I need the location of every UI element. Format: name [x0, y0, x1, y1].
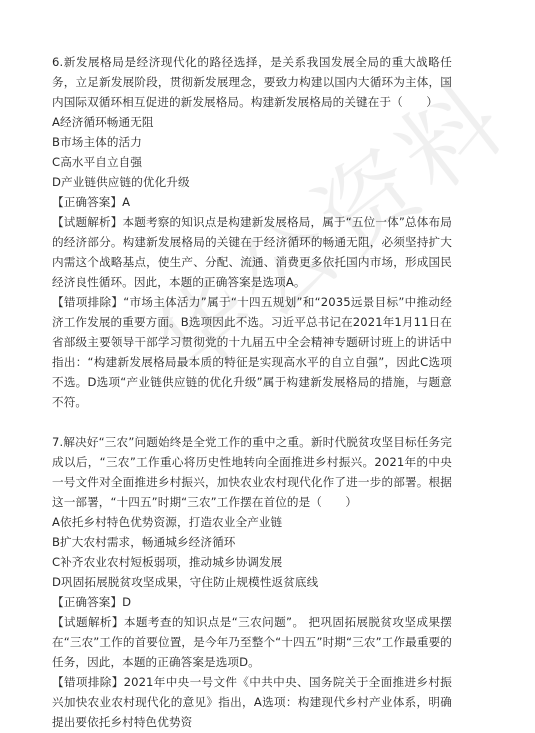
question-6: 6.新发展格局是经济现代化的路径选择，是关系我国发展全局的重大战略任务，立足新发… [52, 52, 452, 412]
analysis: 【试题解析】本题考察的知识点是构建新发展格局，属于“五位一体”总体布局的经济部分… [52, 212, 452, 292]
question-spacer [52, 412, 452, 432]
question-stem: 7.解决好“三农”问题始终是全党工作的重中之重。新时代脱贫攻坚目标任务完成以后，… [52, 432, 452, 512]
option-b: B市场主体的活力 [52, 132, 452, 152]
question-stem: 6.新发展格局是经济现代化的路径选择，是关系我国发展全局的重大战略任务，立足新发… [52, 52, 452, 112]
document-page: 6.新发展格局是经济现代化的路径选择，是关系我国发展全局的重大战略任务，立足新发… [52, 52, 452, 732]
elimination: 【错项排除】“市场主体活力”属于“十四五规划”和“2035远景目标”中推动经济工… [52, 292, 452, 412]
option-c: C高水平自立自强 [52, 152, 452, 172]
analysis: 【试题解析】本题考查的知识点是“三农问题”。 把巩固拓展脱贫攻坚成果摆在“三农”… [52, 612, 452, 672]
option-d: D产业链供应链的优化升级 [52, 172, 452, 192]
elimination: 【错项排除】2021年中央一号文件《中共中央、国务院关于全面推进乡村振兴加快农业… [52, 672, 452, 732]
option-d: D巩固拓展脱贫攻坚成果，守住防止规模性返贫底线 [52, 572, 452, 592]
correct-answer: 【正确答案】D [52, 592, 452, 612]
correct-answer: 【正确答案】A [52, 192, 452, 212]
option-b: B扩大农村需求，畅通城乡经济循环 [52, 532, 452, 552]
option-a: A经济循环畅通无阻 [52, 112, 452, 132]
option-a: A依托乡村特色优势资源，打造农业全产业链 [52, 512, 452, 532]
question-7: 7.解决好“三农”问题始终是全党工作的重中之重。新时代脱贫攻坚目标任务完成以后，… [52, 432, 452, 732]
option-c: C补齐农业农村短板弱项，推动城乡协调发展 [52, 552, 452, 572]
